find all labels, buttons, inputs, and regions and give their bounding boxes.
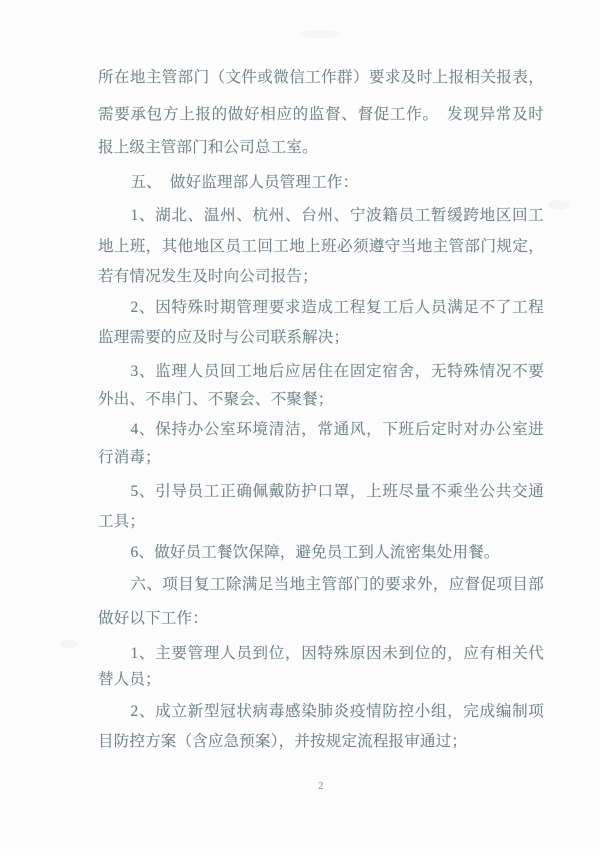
page-number: 2	[318, 779, 324, 793]
scan-smudge	[60, 640, 78, 648]
doc-line: 做好以下工作：	[98, 604, 544, 634]
doc-line-section-heading: 六、项目复工除满足当地主管部门的要求外，应督促项目部	[98, 570, 544, 600]
doc-line: 报上级主管部门和公司总工室。	[98, 133, 544, 163]
doc-line: 地上班，其他地区员工回工地上班必须遵守当地主管部门规定，	[98, 232, 544, 262]
doc-line: 6、做好员工餐饮保障，避免员工到人流密集处用餐。	[98, 538, 544, 568]
doc-line-section-heading: 五、 做好监理部人员管理工作：	[98, 168, 544, 198]
doc-line: 监理需要的应及时与公司联系解决；	[98, 323, 544, 353]
doc-line: 需要承包方上报的做好相应的监督、督促工作。 发现异常及时	[98, 100, 544, 130]
scan-smudge	[300, 30, 340, 38]
doc-line: 外出、不串门、不聚会、不聚餐；	[98, 385, 544, 415]
doc-line: 目防控方案（含应急预案），并按规定流程报审通过；	[98, 727, 544, 757]
doc-line: 3、监理人员回工地后应居住在固定宿舍，无特殊情况不要	[98, 357, 544, 387]
document-page: 所在地主管部门（文件或微信工作群）要求及时上报相关报表， 需要承包方上报的做好相…	[0, 0, 600, 849]
doc-line: 5、引导员工正确佩戴防护口罩，上班尽量不乘坐公共交通	[98, 477, 544, 507]
doc-line: 4、保持办公室环境清洁，常通风，下班后定时对办公室进	[98, 415, 544, 445]
doc-line: 2、因特殊时期管理要求造成工程复工后人员满足不了工程	[98, 293, 544, 323]
scan-smudge	[548, 200, 570, 210]
doc-line: 行消毒；	[98, 443, 544, 473]
doc-line: 2、成立新型冠状病毒感染肺炎疫情防控小组，完成编制项	[98, 697, 544, 727]
doc-line: 若有情况发生及时向公司报告；	[98, 262, 544, 292]
doc-line: 1、湖北、温州、杭州、台州、宁波籍员工暂缓跨地区回工	[98, 201, 544, 231]
doc-line: 工具；	[98, 507, 544, 537]
doc-line: 所在地主管部门（文件或微信工作群）要求及时上报相关报表，	[98, 63, 544, 93]
doc-line: 替人员；	[98, 665, 544, 695]
